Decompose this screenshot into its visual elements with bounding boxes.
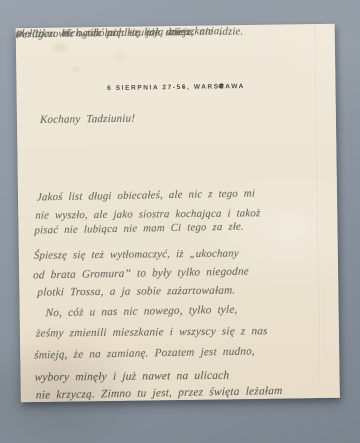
letterhead-text: 6 SIERPNIA 27-56, WARSZAWA	[16, 82, 335, 93]
letter-line: No, cóż u nas nic nowego, tylko tyle,	[45, 304, 237, 321]
letter-line: ale to u nich tak prędko, jak wiesz, nie…	[15, 25, 243, 40]
letter-line: od brata Gromura” to były tylko niegodne	[33, 266, 249, 283]
letter-line: śmieją, że na zamianę. Pozatem jest nudn…	[34, 345, 255, 362]
photo-background: 6 SIERPNIA 27-56, WARSZAWA Kochany Tadzi…	[0, 0, 360, 443]
letter-line: nie krzyczą. Zimno tu jest, przez święta…	[36, 385, 283, 403]
letter-line: Śpieszę się też wytłomaczyć, iż „ukochan…	[34, 248, 239, 263]
red-speck-stain	[182, 86, 184, 88]
letter-paper: 6 SIERPNIA 27-56, WARSZAWA Kochany Tadzi…	[16, 24, 340, 402]
letter-line: wybory minęły i już nawet na ulicach	[34, 370, 229, 385]
salutation: Kochany Tadziuniu!	[40, 113, 136, 126]
letter-line: Jakoś list długi obiecałeś, ale nic z te…	[37, 187, 255, 204]
paper-fold-crease	[315, 24, 322, 398]
letter-line: pisać nie lubiąca nie mam Ci tego za złe…	[34, 221, 244, 238]
letter-line: plotki Trossa, a ja sobie zażartowałam.	[37, 285, 235, 300]
letter-line: żeśmy zmienili mieszkanie i wszyscy się …	[36, 325, 268, 340]
